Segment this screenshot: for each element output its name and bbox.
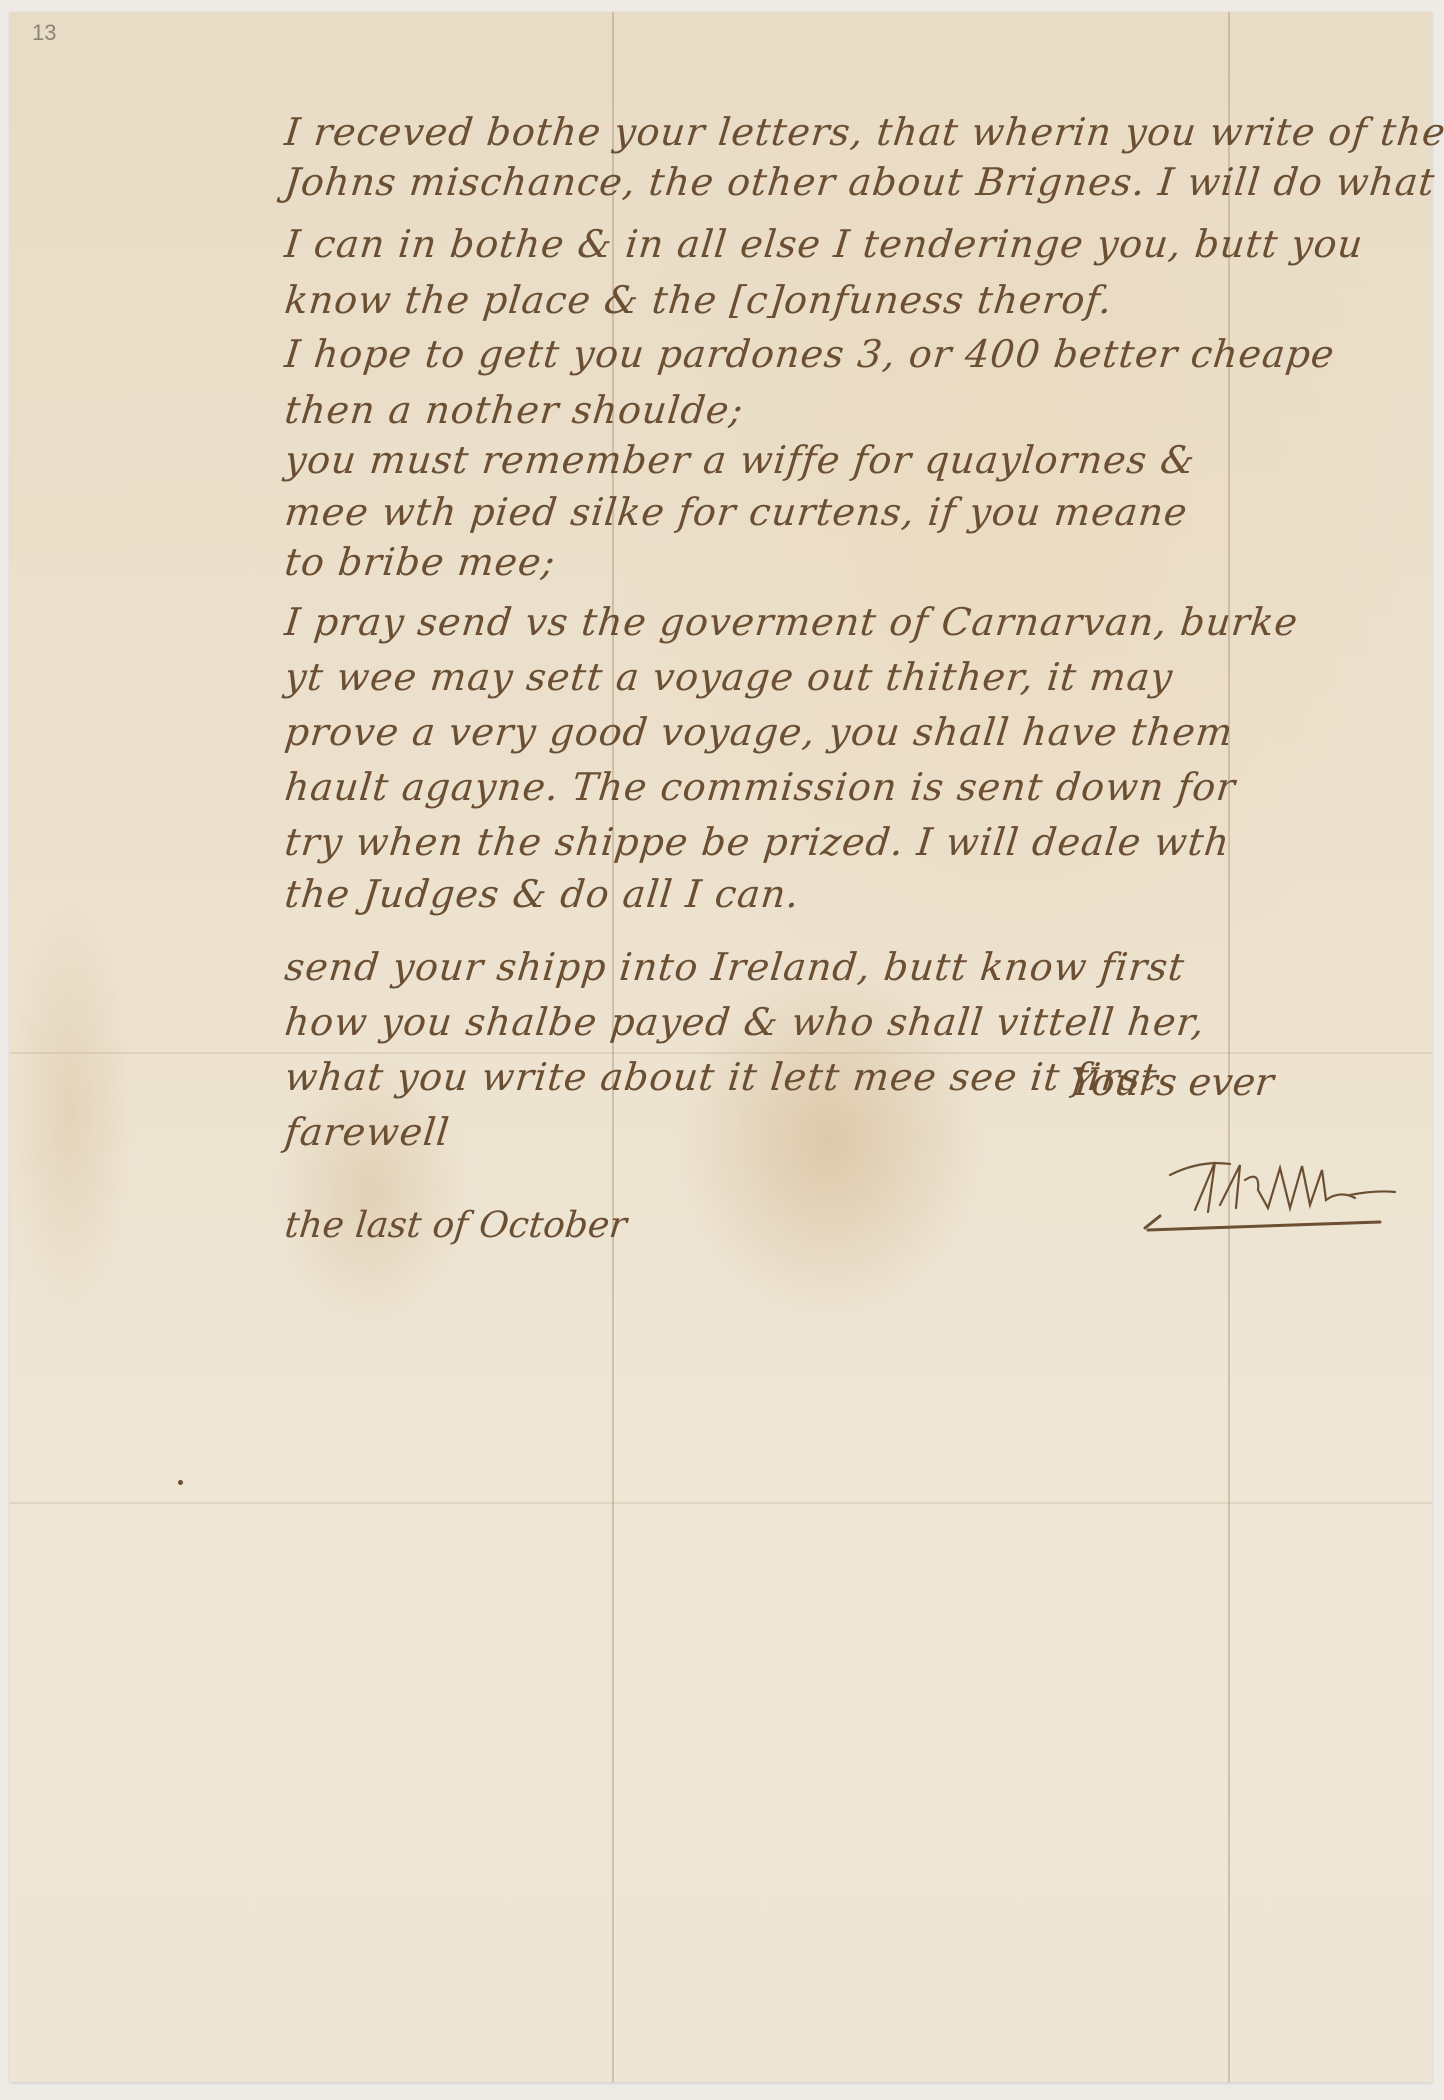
letter-page: 13 [10, 12, 1432, 2082]
letter-line: I receved bothe your letters, that wheri… [283, 110, 1444, 154]
folio-number: 13 [32, 20, 56, 46]
letter-closing: Yours ever [1068, 1060, 1276, 1104]
letter-line: send your shipp into Ireland, butt know … [283, 945, 1187, 989]
letter-line: prove a very good voyage, you shall have… [283, 710, 1236, 754]
signature-flourish [1140, 1150, 1400, 1240]
letter-line: to bribe mee; [283, 540, 558, 584]
horizontal-fold-crease [10, 1502, 1432, 1504]
letter-line: yt wee may sett a voyage out thither, it… [283, 655, 1176, 699]
date-line: the last of October [283, 1205, 629, 1246]
letter-line: then a nother shoulde; [283, 388, 746, 432]
letter-line: Johns mischance, the other about Brignes… [283, 160, 1438, 204]
letter-line: mee wth pied silke for curtens, if you m… [283, 490, 1190, 534]
letter-line: you must remember a wiffe for quaylornes… [283, 438, 1198, 482]
letter-line: farewell [283, 1110, 452, 1154]
letter-line: try when the shippe be prized. I will de… [283, 820, 1232, 864]
letter-line: I pray send vs the goverment of Carnarva… [283, 600, 1301, 644]
letter-line: know the place & the [c]onfuness therof. [283, 278, 1115, 322]
vertical-fold-crease [612, 12, 614, 2082]
letter-line: I can in bothe & in all else I tendering… [283, 222, 1366, 266]
letter-line: what you write about it lett mee see it … [283, 1055, 1160, 1099]
letter-line: I hope to gett you pardones 3, or 400 be… [283, 332, 1337, 376]
letter-line: hault agayne. The commission is sent dow… [283, 765, 1238, 809]
letter-line: how you shalbe payed & who shall vittell… [283, 1000, 1207, 1044]
letter-line: the Judges & do all I can. [283, 872, 802, 916]
horizontal-fold-crease [10, 1052, 1432, 1054]
vertical-fold-crease [1228, 12, 1230, 2082]
ink-spot [178, 1480, 183, 1485]
